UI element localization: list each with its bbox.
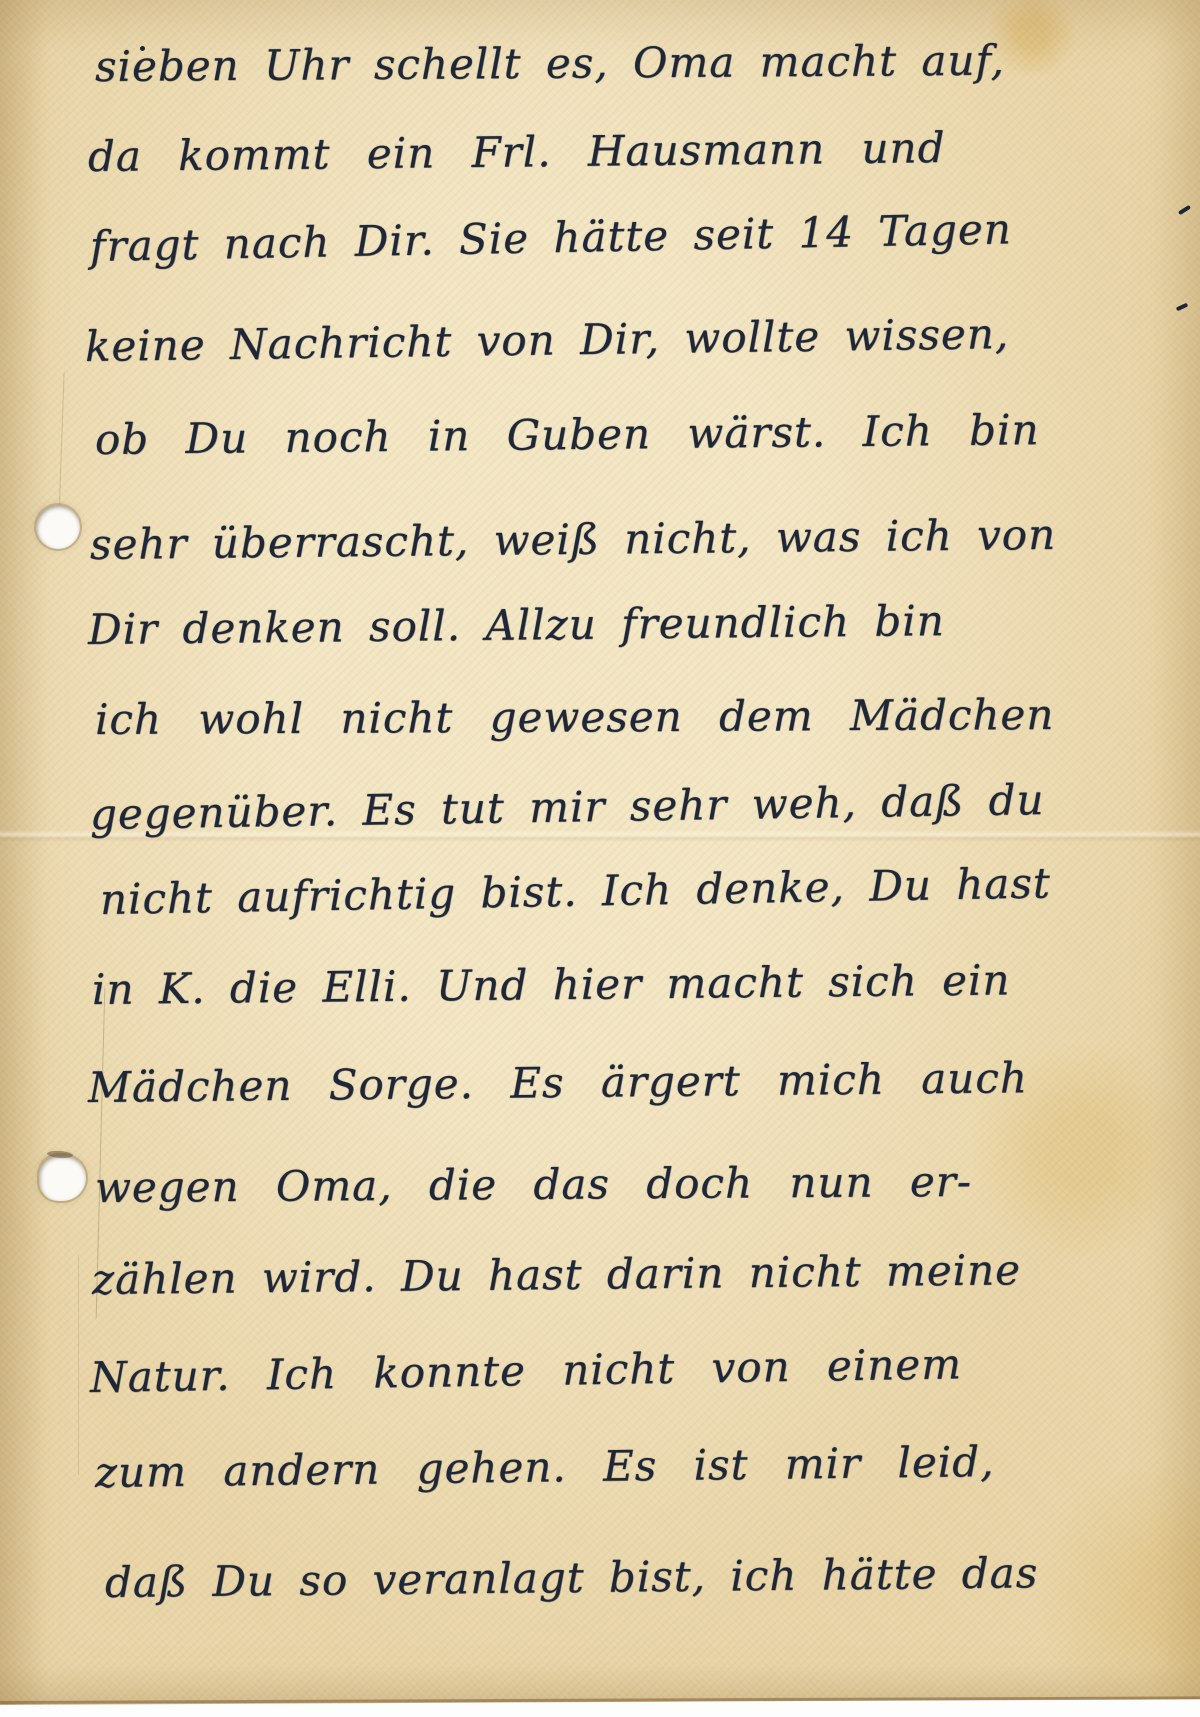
punch-hole-top	[36, 505, 80, 549]
handwritten-line: Mädchen Sorge. Es ärgert mich auch	[88, 1053, 1028, 1112]
handwritten-line: zählen wird. Du hast darin nicht meine	[92, 1245, 1022, 1304]
scanned-letter-page: sieben Uhr schellt es, Oma macht auf, da…	[0, 0, 1200, 1717]
paper-crease	[58, 372, 64, 522]
ink-mark	[1178, 205, 1191, 215]
paper-crease	[78, 1255, 79, 1475]
handwritten-line: wegen Oma, die das doch nun er-	[95, 1157, 972, 1212]
letter-paper: sieben Uhr schellt es, Oma macht auf, da…	[0, 0, 1200, 1717]
handwritten-line: da kommt ein Frl. Hausmann und	[88, 123, 946, 181]
ink-dot	[140, 46, 145, 51]
handwritten-line: ob Du noch in Guben wärst. Ich bin	[95, 405, 1040, 464]
handwritten-line: sieben Uhr schellt es, Oma macht auf,	[95, 36, 1005, 91]
handwritten-line: daß Du so veranlagt bist, ich hätte das	[105, 1548, 1039, 1607]
ink-mark	[1176, 303, 1189, 312]
handwritten-line: in K. die Elli. Und hier macht sich ein	[92, 955, 1011, 1014]
handwritten-line: fragt nach Dir. Sie hätte seit 14 Tagen	[90, 204, 1013, 271]
handwritten-line: Natur. Ich konnte nicht von einem	[90, 1339, 963, 1402]
handwritten-line: Dir denken soll. Allzu freundlich bin	[88, 596, 945, 654]
handwritten-line: ich wohl nicht gewesen dem Mädchen	[95, 690, 1055, 744]
handwritten-line: zum andern gehen. Es ist mir leid,	[95, 1437, 995, 1497]
handwritten-line: nicht aufrichtig bist. Ich denke, Du has…	[100, 858, 1052, 924]
punch-hole-bottom	[39, 1155, 86, 1201]
handwritten-line: sehr überrascht, weiß nicht, was ich von	[90, 510, 1057, 569]
handwritten-line: keine Nachricht von Dir, wollte wissen,	[85, 309, 1010, 371]
